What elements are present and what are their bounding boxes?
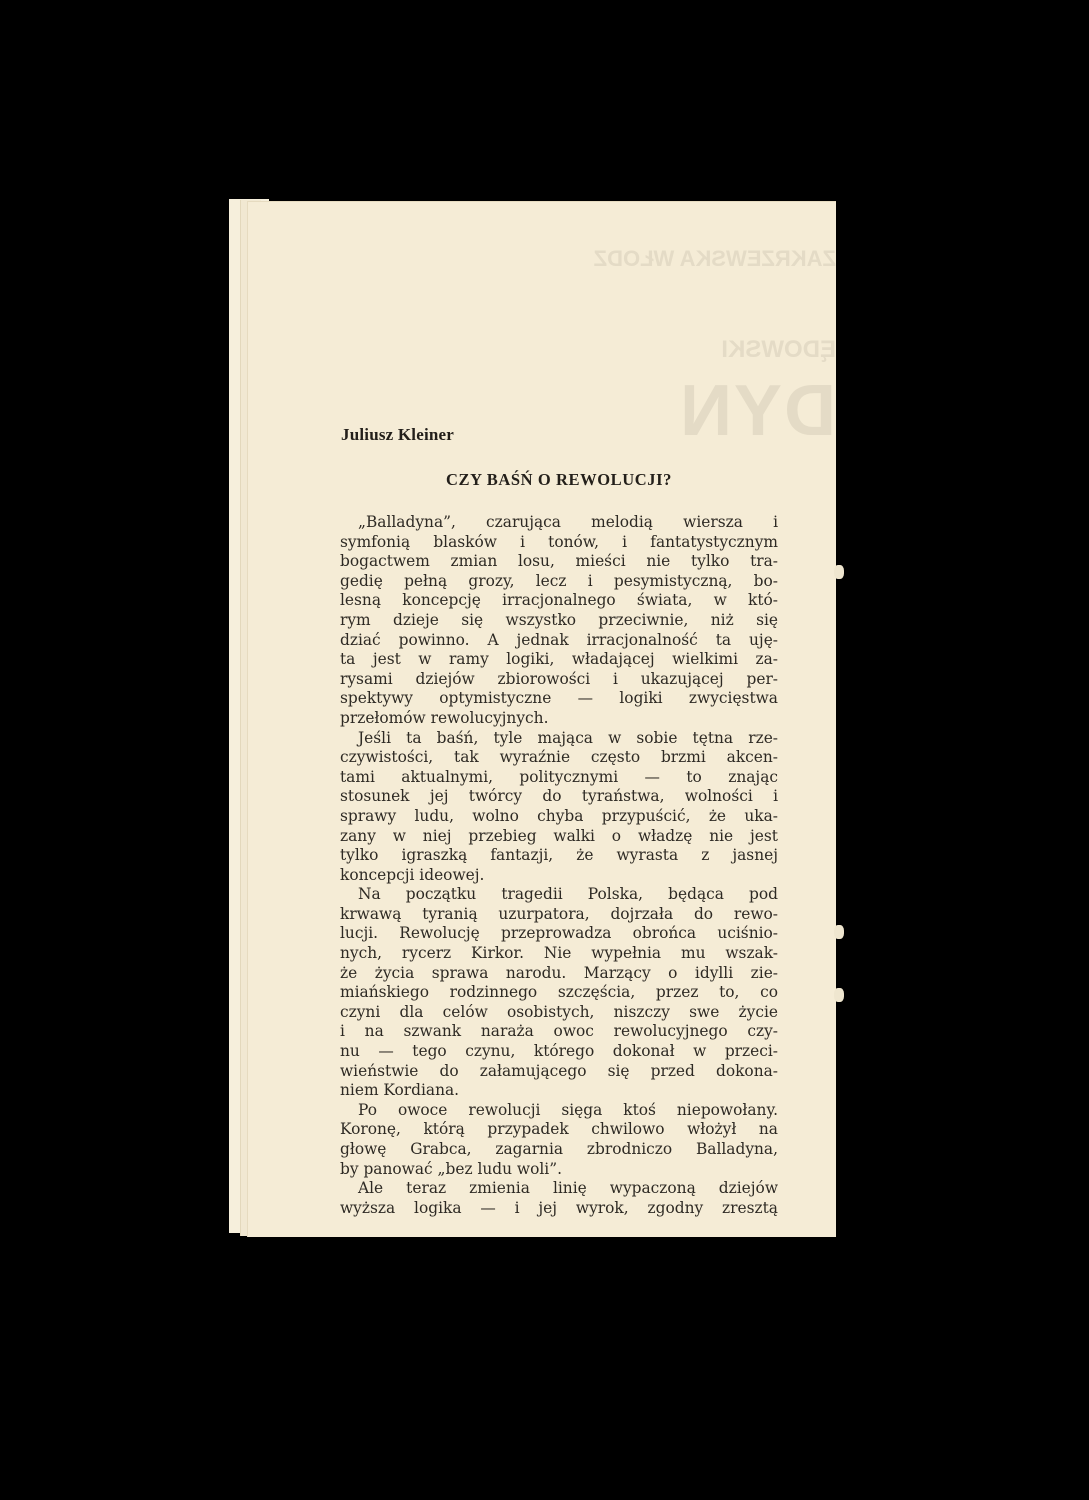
text-line: wyższa logika — i jej wyrok, zgodny zres…: [340, 1199, 778, 1219]
article-title: CZY BAŚŃ O REWOLUCJI?: [340, 470, 778, 490]
text-line: nych, rycerz Kirkor. Nie wypełnia mu wsz…: [340, 944, 778, 964]
text-line: wieństwie do załamującego się przed doko…: [340, 1062, 778, 1082]
text-line: ta jest w ramy logiki, władającej wielki…: [340, 650, 778, 670]
paragraph: Ale teraz zmienia linię wypaczoną dziejó…: [340, 1179, 778, 1218]
text-line: niem Kordiana.: [340, 1081, 778, 1101]
text-line: zany w niej przebieg walki o władzę nie …: [340, 827, 778, 847]
text-line: czyni dla celów osobistych, niszczy swe …: [340, 1003, 778, 1023]
paragraph: Po owoce rewolucji sięga ktoś niepowołan…: [340, 1101, 778, 1179]
paper-tear: [834, 565, 844, 579]
show-through-text: DYNA: [678, 370, 836, 452]
text-line: krwawą tyranią uzurpatora, dojrzała do r…: [340, 905, 778, 925]
text-line: stosunek jej twórcy do tyraństwa, wolnoś…: [340, 787, 778, 807]
paragraph: Na początku tragedii Polska, będąca podk…: [340, 885, 778, 1101]
text-line: lesną koncepcję irracjonalnego świata, w…: [340, 591, 778, 611]
text-line: Jeśli ta baśń, tyle mająca w sobie tętna…: [340, 729, 778, 749]
text-line: Po owoce rewolucji sięga ktoś niepowołan…: [340, 1101, 778, 1121]
text-line: rym dzieje się wszystko przeciwnie, niż …: [340, 611, 778, 631]
text-line: Koronę, którą przypadek chwilowo włożył …: [340, 1120, 778, 1140]
text-line: symfonią blasków i tonów, i fantatystycz…: [340, 533, 778, 553]
text-line: nu — tego czynu, którego dokonał w przec…: [340, 1042, 778, 1062]
text-line: koncepcji ideowej.: [340, 866, 778, 886]
paper-tear: [834, 988, 844, 1002]
text-line: lucji. Rewolucję przeprowadza obrońca uc…: [340, 924, 778, 944]
text-line: dziać powinno. A jednak irracjonalność t…: [340, 631, 778, 651]
text-line: rysami dziejów zbiorowości i ukazującej …: [340, 670, 778, 690]
show-through-text: ĘDOWSKI: [678, 336, 836, 364]
article-body: „Balladyna”, czarująca melodią wiersza i…: [340, 513, 778, 1218]
paper-tear: [834, 925, 844, 939]
text-line: czywistości, tak wyraźnie często brzmi a…: [340, 748, 778, 768]
paragraph: „Balladyna”, czarująca melodią wiersza i…: [340, 513, 778, 729]
show-through-text: ZAKRZEWSKA WŁODZ: [578, 246, 836, 272]
text-line: tylko igraszką fantazji, że wyrasta z ja…: [340, 846, 778, 866]
text-line: i na szwank naraża owoc rewolucyjnego cz…: [340, 1022, 778, 1042]
text-line: przełomów rewolucyjnych.: [340, 709, 778, 729]
text-line: miańskiego rodzinnego szczęścia, przez t…: [340, 983, 778, 1003]
text-line: tami aktualnymi, politycznymi — to znają…: [340, 768, 778, 788]
text-line: Na początku tragedii Polska, będąca pod: [340, 885, 778, 905]
text-line: „Balladyna”, czarująca melodią wiersza i: [340, 513, 778, 533]
text-line: Ale teraz zmienia linię wypaczoną dziejó…: [340, 1179, 778, 1199]
text-line: gedię pełną grozy, lecz i pesymistyczną,…: [340, 572, 778, 592]
paragraph: Jeśli ta baśń, tyle mająca w sobie tętna…: [340, 729, 778, 886]
text-line: by panować „bez ludu woli”.: [340, 1160, 778, 1180]
text-line: że życia sprawa narodu. Marzący o idylli…: [340, 964, 778, 984]
author-name: Juliusz Kleiner: [341, 425, 454, 445]
text-line: spektywy optymistyczne — logiki zwycięst…: [340, 689, 778, 709]
text-line: bogactwem zmian losu, mieści nie tylko t…: [340, 552, 778, 572]
text-line: sprawy ludu, wolno chyba przypuścić, że …: [340, 807, 778, 827]
text-line: głowę Grabca, zagarnia zbrodniczo Ballad…: [340, 1140, 778, 1160]
